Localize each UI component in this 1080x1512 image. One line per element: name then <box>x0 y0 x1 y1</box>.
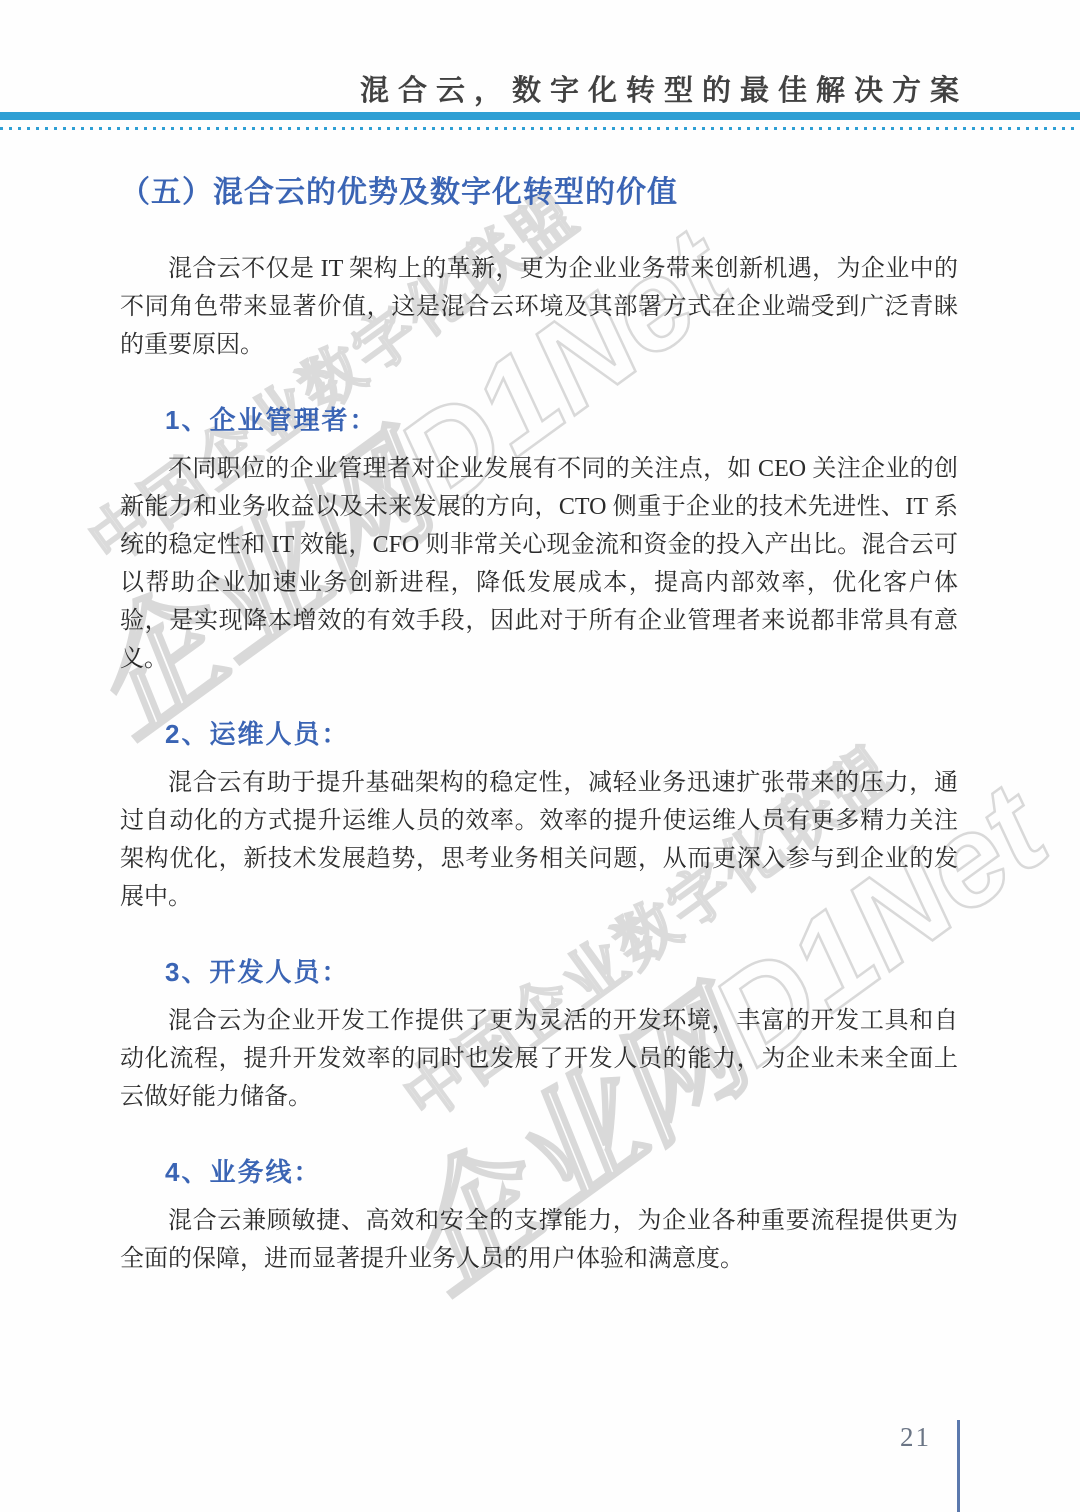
subsection-heading-managers: 1、企业管理者： <box>165 402 958 438</box>
subsection-paragraph-developers: 混合云为企业开发工作提供了更为灵活的开发环境，丰富的开发工具和自动化流程，提升开… <box>120 1002 958 1116</box>
footer-vertical-rule <box>957 1420 960 1512</box>
running-header-title: 混合云，数字化转型的最佳解决方案 <box>360 68 968 109</box>
subsection-heading-operations: 2、运维人员： <box>165 716 958 752</box>
subsection-paragraph-operations: 混合云有助于提升基础架构的稳定性，减轻业务迅速扩张带来的压力，通过自动化的方式提… <box>120 764 958 916</box>
subsection-paragraph-business: 混合云兼顾敏捷、高效和安全的支撑能力，为企业各种重要流程提供更为全面的保障，进而… <box>120 1202 958 1278</box>
section-title: （五）混合云的优势及数字化转型的价值 <box>120 172 958 214</box>
header-solid-rule <box>0 112 1080 120</box>
document-content: （五）混合云的优势及数字化转型的价值 混合云不仅是 IT 架构上的革新，更为企业… <box>120 0 958 1278</box>
header-dotted-rule <box>0 127 1080 130</box>
subsection-heading-developers: 3、开发人员： <box>165 954 958 990</box>
intro-paragraph: 混合云不仅是 IT 架构上的革新，更为企业业务带来创新机遇，为企业中的不同角色带… <box>120 250 958 364</box>
subsection-paragraph-managers: 不同职位的企业管理者对企业发展有不同的关注点，如 CEO 关注企业的创新能力和业… <box>120 450 958 678</box>
page-number: 21 <box>900 1422 931 1453</box>
subsection-heading-business: 4、业务线： <box>165 1154 958 1190</box>
